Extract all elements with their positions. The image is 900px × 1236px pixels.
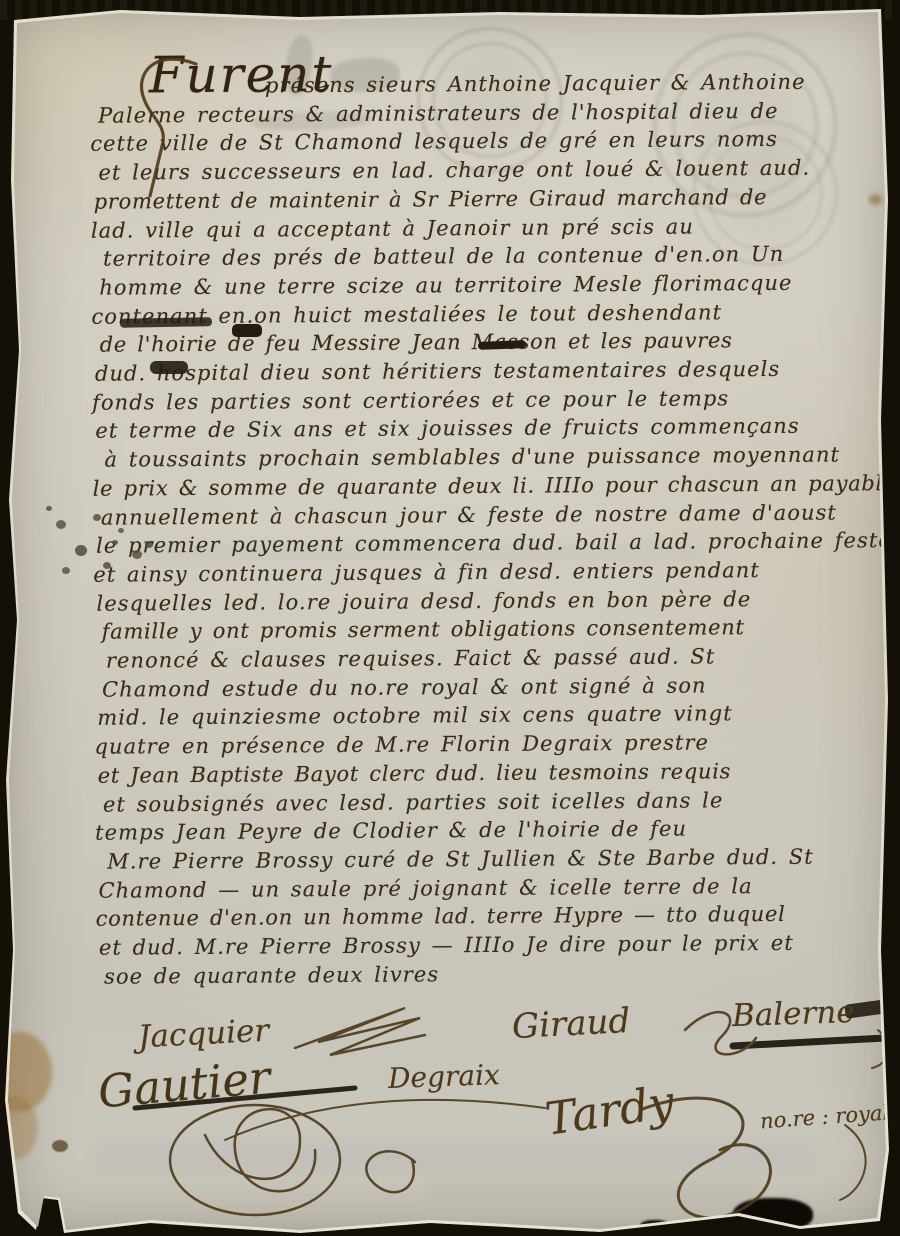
jacquier-paraph <box>295 1008 425 1055</box>
signature-giraud: Giraud <box>511 1001 631 1047</box>
notary-tail-squiggle <box>840 1125 866 1200</box>
ink-speck <box>110 2 122 11</box>
rust-speck <box>279 5 289 13</box>
signature-degraix: Degraix <box>387 1058 500 1095</box>
photo-background: Furent présens sieurs Anthoine Jacquier … <box>0 0 900 1236</box>
signature-jacquier: Jacquier <box>137 1013 270 1056</box>
tardy-heart-loop <box>366 1151 415 1192</box>
paper-sheet: Furent présens sieurs Anthoine Jacquier … <box>0 0 900 1236</box>
gautier-loop-flourish <box>205 1109 315 1191</box>
signature-flourishes <box>0 0 900 1236</box>
signature-balerne: Balerne <box>731 994 855 1034</box>
opening-word-swash <box>142 59 196 196</box>
